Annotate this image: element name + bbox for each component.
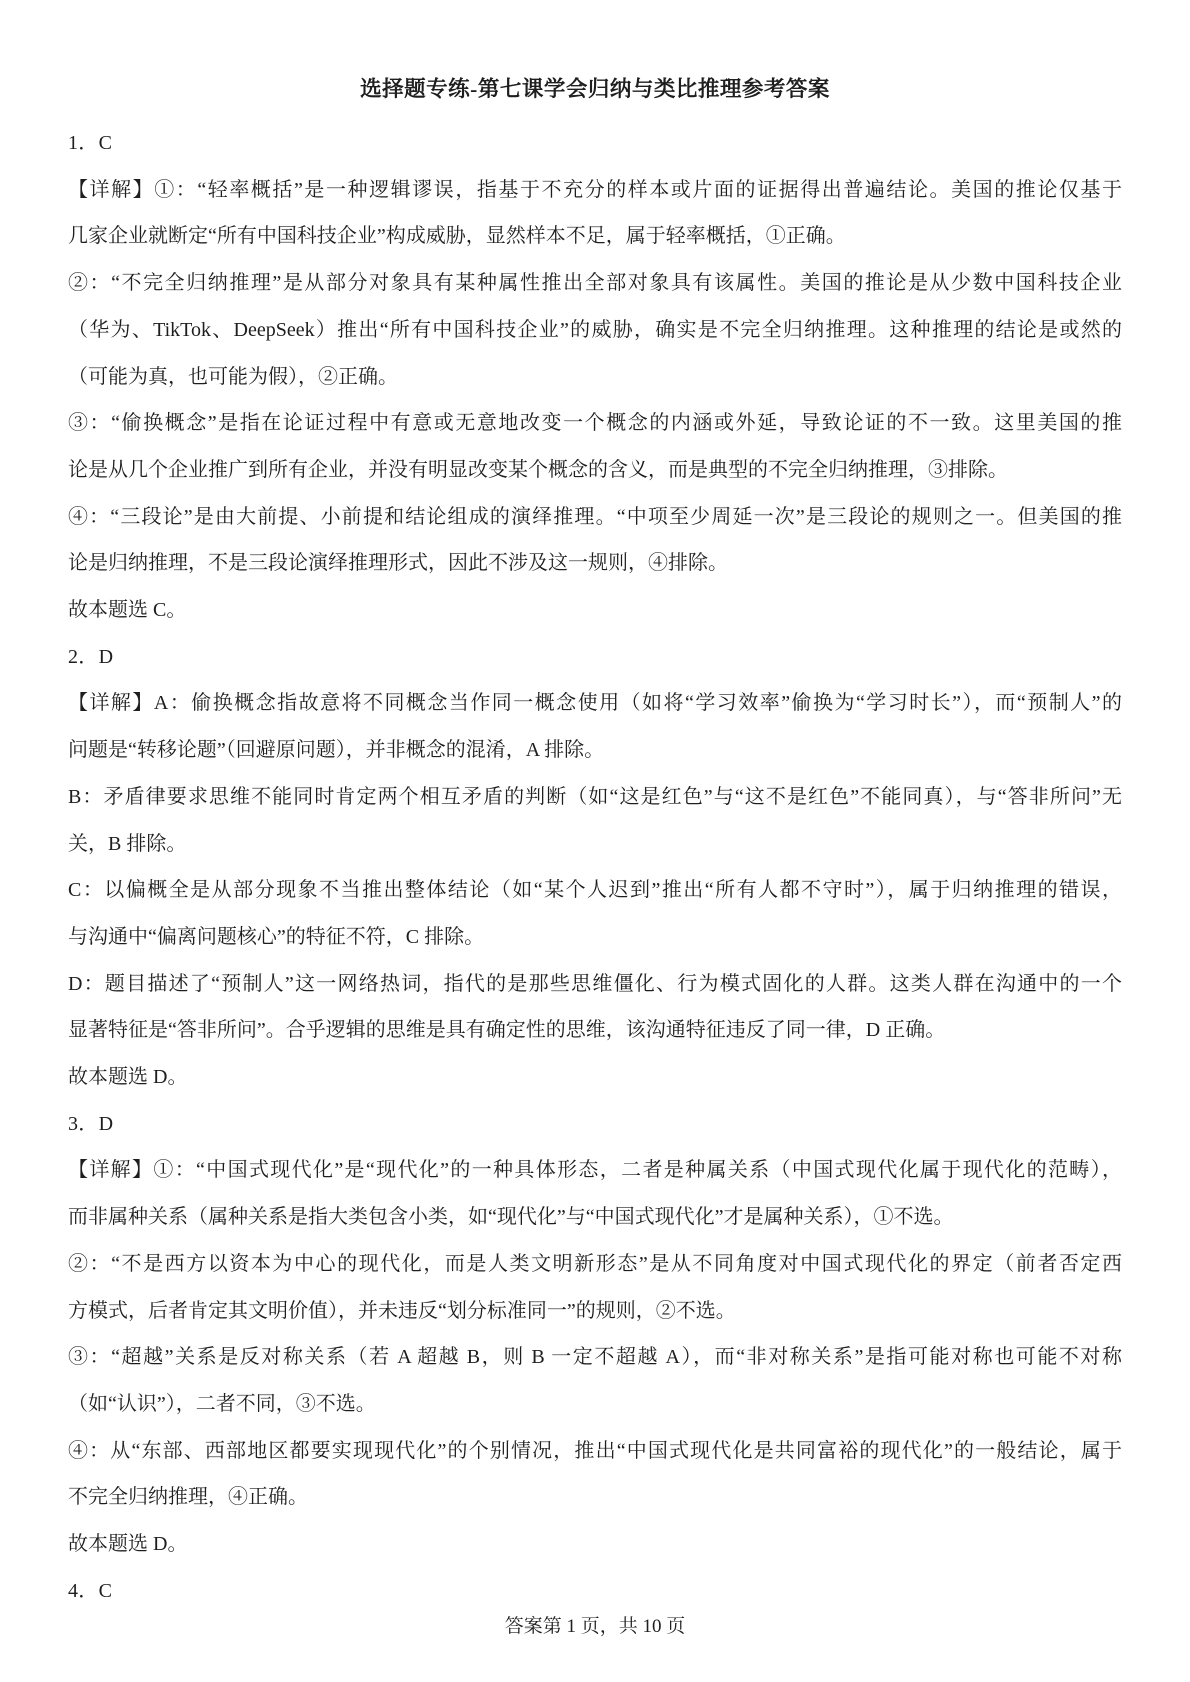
explanation-line: 【详解】A：偷换概念指故意将不同概念当作同一概念使用（如将“学习效率”偷换为“学…	[68, 680, 1122, 727]
explanation-line: C：以偏概全是从部分现象不当推出整体结论（如“某个人迟到”推出“所有人都不守时”…	[68, 867, 1122, 914]
explanation-line: ②：“不完全归纳推理”是从部分对象具有某种属性推出全部对象具有该属性。美国的推论…	[68, 260, 1122, 307]
explanation-line: 故本题选 D。	[68, 1054, 1122, 1101]
explanation-line: B：矛盾律要求思维不能同时肯定两个相互矛盾的判断（如“这是红色”与“这不是红色”…	[68, 774, 1122, 821]
explanation-line: （可能为真，也可能为假），②正确。	[68, 354, 1122, 401]
explanation-line: （华为、TikTok、DeepSeek）推出“所有中国科技企业”的威胁，确实是不…	[68, 307, 1122, 354]
explanation-line: 故本题选 C。	[68, 587, 1122, 634]
explanation-line: 论是归纳推理，不是三段论演绎推理形式，因此不涉及这一规则，④排除。	[68, 540, 1122, 587]
explanation-line: 不完全归纳推理，④正确。	[68, 1474, 1122, 1521]
explanation-line: 问题是“转移论题”（回避原问题），并非概念的混淆，A 排除。	[68, 727, 1122, 774]
document-body: 1．C【详解】①：“轻率概括”是一种逻辑谬误，指基于不充分的样本或片面的证据得出…	[68, 120, 1122, 1615]
explanation-line: 故本题选 D。	[68, 1521, 1122, 1568]
question-answer: 2．D	[68, 634, 1122, 681]
explanation-line: 方模式，后者肯定其文明价值），并未违反“划分标准同一”的规则，②不选。	[68, 1288, 1122, 1335]
explanation-line: 关，B 排除。	[68, 821, 1122, 868]
explanation-line: 【详解】①：“轻率概括”是一种逻辑谬误，指基于不充分的样本或片面的证据得出普遍结…	[68, 167, 1122, 214]
explanation-line: ④：从“东部、西部地区都要实现现代化”的个别情况，推出“中国式现代化是共同富裕的…	[68, 1428, 1122, 1475]
explanation-line: 而非属种关系（属种关系是指大类包含小类，如“现代化”与“中国式现代化”才是属种关…	[68, 1194, 1122, 1241]
document-title: 选择题专练-第七课学会归纳与类比推理参考答案	[0, 0, 1190, 104]
explanation-line: 显著特征是“答非所问”。合乎逻辑的思维是具有确定性的思维，该沟通特征违反了同一律…	[68, 1007, 1122, 1054]
explanation-line: 论是从几个企业推广到所有企业，并没有明显改变某个概念的含义，而是典型的不完全归纳…	[68, 447, 1122, 494]
explanation-line: ②：“不是西方以资本为中心的现代化，而是人类文明新形态”是从不同角度对中国式现代…	[68, 1241, 1122, 1288]
explanation-line: 【详解】①：“中国式现代化”是“现代化”的一种具体形态，二者是种属关系（中国式现…	[68, 1147, 1122, 1194]
question-answer: 1．C	[68, 120, 1122, 167]
explanation-line: ③：“偷换概念”是指在论证过程中有意或无意地改变一个概念的内涵或外延，导致论证的…	[68, 400, 1122, 447]
explanation-line: 几家企业就断定“所有中国科技企业”构成威胁，显然样本不足，属于轻率概括，①正确。	[68, 213, 1122, 260]
explanation-line: D：题目描述了“预制人”这一网络热词，指代的是那些思维僵化、行为模式固化的人群。…	[68, 961, 1122, 1008]
explanation-line: （如“认识”），二者不同，③不选。	[68, 1381, 1122, 1428]
explanation-line: ③：“超越”关系是反对称关系（若 A 超越 B，则 B 一定不超越 A），而“非…	[68, 1334, 1122, 1381]
explanation-line: 与沟通中“偏离问题核心”的特征不符，C 排除。	[68, 914, 1122, 961]
question-answer: 3．D	[68, 1101, 1122, 1148]
page-footer: 答案第 1 页，共 10 页	[0, 1613, 1190, 1641]
page-number-label: 答案第 1 页，共 10 页	[505, 1616, 686, 1637]
explanation-line: ④：“三段论”是由大前提、小前提和结论组成的演绎推理。“中项至少周延一次”是三段…	[68, 494, 1122, 541]
question-answer: 4．C	[68, 1568, 1122, 1615]
document-page: 选择题专练-第七课学会归纳与类比推理参考答案 1．C【详解】①：“轻率概括”是一…	[0, 0, 1190, 1682]
